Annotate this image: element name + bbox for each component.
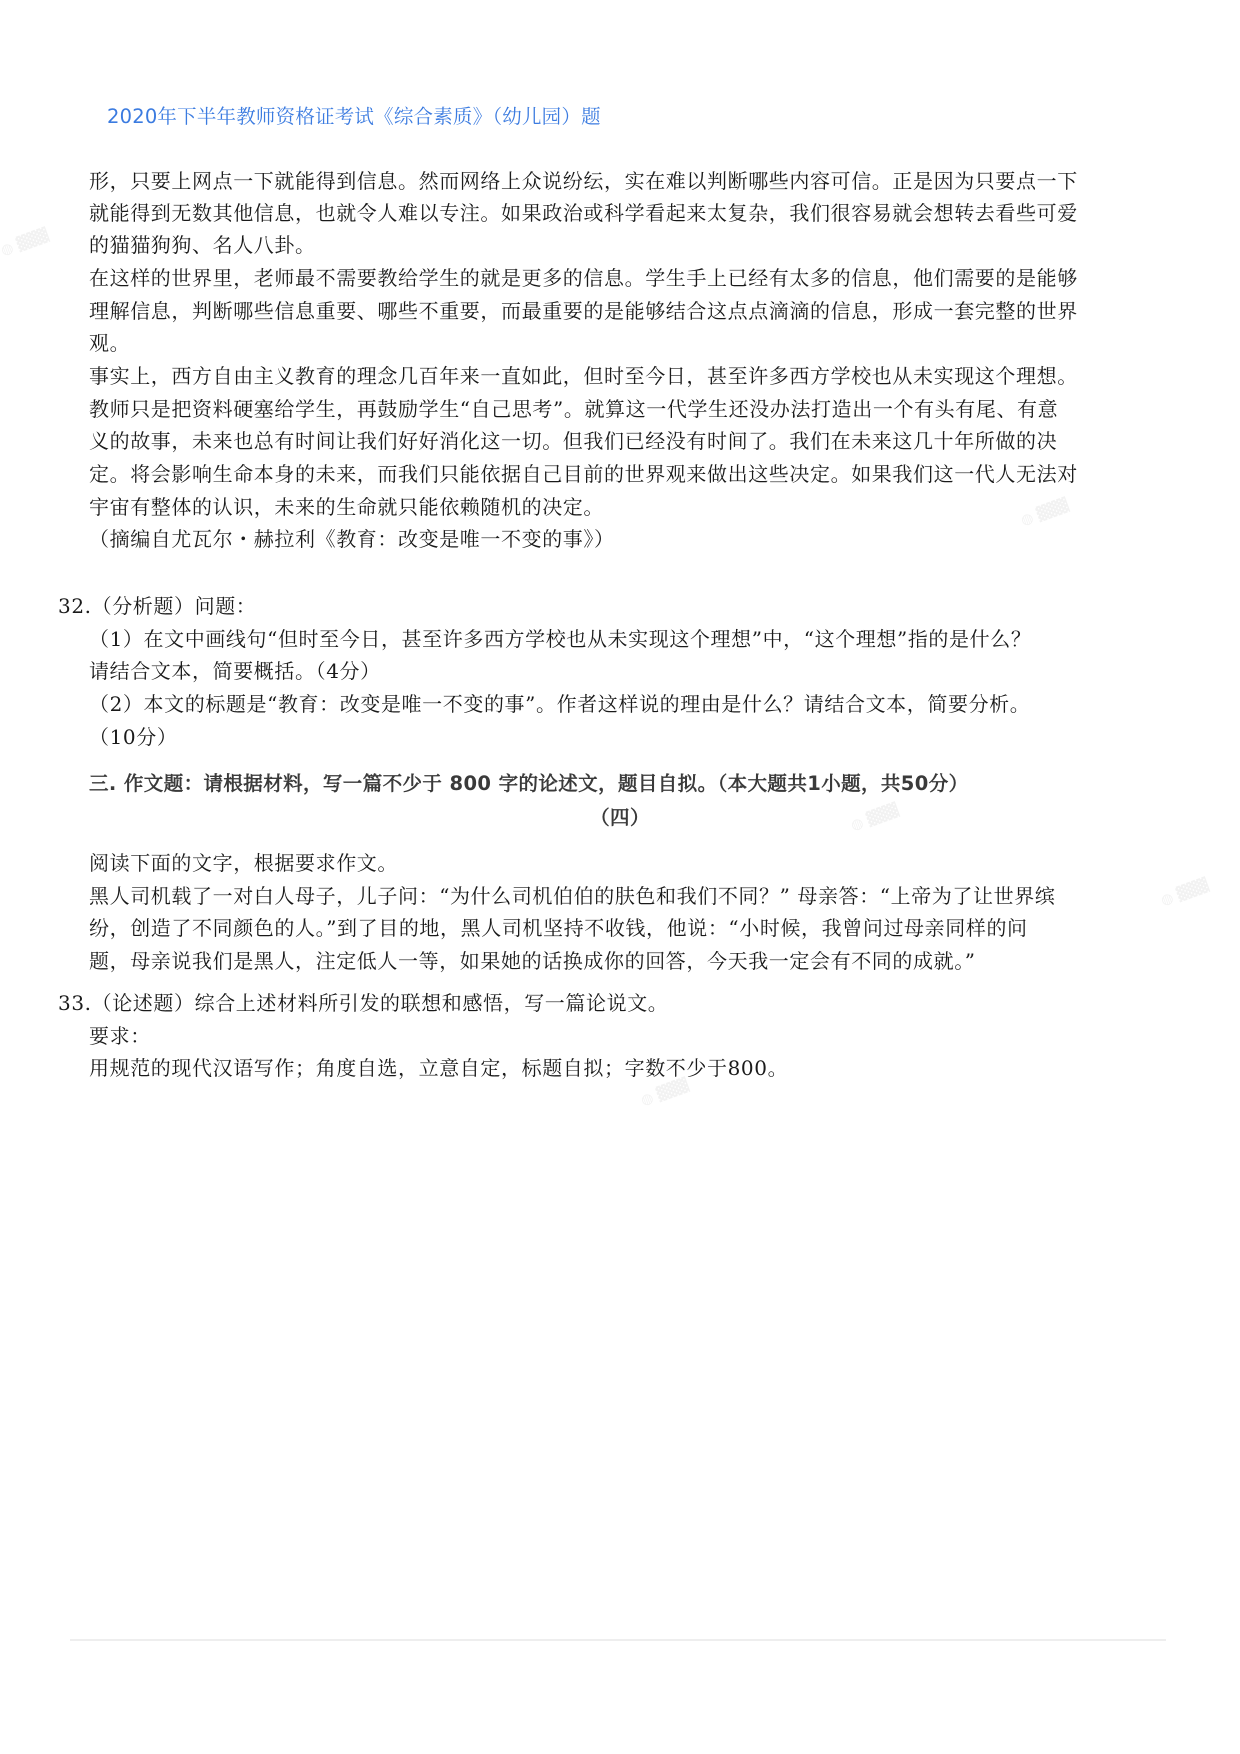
passage-line: 在这样的世界里，老师最不需要教给学生的就是更多的信息。学生手上已经有太多的信息，…	[89, 263, 1078, 293]
question-32-part-2-cont: （10分）	[89, 722, 177, 752]
passage-line: 形，只要上网点一下就能得到信息。然而网络上众说纷纭，实在难以判断哪些内容可信。正…	[89, 166, 1078, 196]
question-32-part-1: （1）在文中画线句“但时至今日，甚至许多西方学校也从未实现这个理想”中，“这个理…	[89, 624, 1031, 654]
document-header-title: 2020年下半年教师资格证考试《综合素质》（幼儿园）题	[107, 101, 601, 129]
passage-line: 理解信息，判断哪些信息重要、哪些不重要，而最重要的是能够结合这点点滴滴的信息，形…	[89, 296, 1078, 326]
watermark-icon: ◍ ▓▓▓	[1159, 877, 1211, 909]
footer-divider	[70, 1639, 1166, 1641]
material-line: 黑人司机载了一对白人母子，儿子问：“为什么司机伯伯的肤色和我们不同？” 母亲答：…	[89, 881, 1055, 911]
passage-line: 的猫猫狗狗、名人八卦。	[89, 230, 316, 260]
question-33-requirements-label: 要求：	[89, 1021, 151, 1051]
question-33-heading: 33.（论述题）综合上述材料所引发的联想和感悟，写一篇论说文。	[58, 988, 668, 1018]
watermark-icon: ◍ ▓▓▓	[0, 227, 51, 259]
question-32-heading: 32.（分析题）问题：	[58, 591, 256, 621]
passage-line: 宇宙有整体的认识，未来的生命就只能依赖随机的决定。	[89, 492, 604, 522]
passage-line: 定。将会影响生命本身的未来，而我们只能依据自己目前的世界观来做出这些决定。如果我…	[89, 459, 1078, 489]
question-32-part-1-cont: 请结合文本，简要概括。（4分）	[89, 656, 381, 686]
material-line: 阅读下面的文字，根据要求作文。	[89, 848, 398, 878]
passage-line: 就能得到无数其他信息，也就令人难以专注。如果政治或科学看起来太复杂，我们很容易就…	[89, 198, 1078, 228]
passage-line: 义的故事，未来也总有时间让我们好好消化这一切。但我们已经没有时间了。我们在未来这…	[89, 426, 1057, 456]
passage-line: 事实上，西方自由主义教育的理念几百年来一直如此，但时至今日，甚至许多西方学校也从…	[89, 361, 1078, 391]
watermark-icon: ◍ ▓▓▓	[1019, 497, 1071, 529]
material-line: 题，母亲说我们是黑人，注定低人一等，如果她的话换成你的回答，今天我一定会有不同的…	[89, 946, 976, 976]
passage-source: （摘编自尤瓦尔・赫拉利《教育：改变是唯一不变的事》）	[89, 524, 615, 554]
material-line: 纷，创造了不同颜色的人。”到了目的地，黑人司机坚持不收钱，他说：“小时候，我曾问…	[89, 913, 1028, 943]
question-33-requirements: 用规范的现代汉语写作；角度自选，立意自定，标题自拟；字数不少于800。	[89, 1053, 788, 1083]
passage-line: 观。	[89, 328, 130, 358]
passage-line: 教师只是把资料硬塞给学生，再鼓励学生“自己思考”。就算这一代学生还没办法打造出一…	[89, 394, 1058, 424]
section-3-subheading: （四）	[0, 803, 1240, 833]
question-32-part-2: （2）本文的标题是“教育：改变是唯一不变的事”。作者这样说的理由是什么？请结合文…	[89, 689, 1030, 719]
section-3-heading: 三. 作文题：请根据材料，写一篇不少于 800 字的论述文，题目自拟。（本大题共…	[89, 769, 969, 799]
